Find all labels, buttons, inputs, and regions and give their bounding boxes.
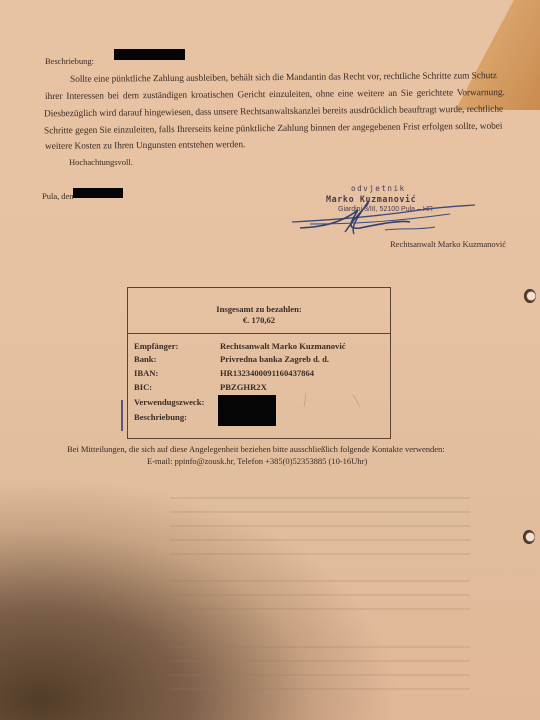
description-label: Beschriebung: [45, 55, 94, 67]
place-date-prefix: Pula, den [42, 190, 74, 202]
bleed-through-text [170, 511, 470, 513]
signatory-name: Rechtsanwalt Marko Kuzmanović [390, 238, 506, 250]
margin-pen-mark [121, 400, 123, 431]
payment-row-label: Empfänger: [134, 341, 178, 351]
total-label: Insgesamt zu bezahlen: [128, 304, 390, 314]
bleed-through-text [170, 553, 470, 555]
paragraph-line: weitere Kosten zu Ihren Ungunsten entste… [45, 139, 245, 153]
payment-row-label: IBAN: [134, 368, 158, 378]
payment-row-value: Rechtsanwalt Marko Kuzmanović [220, 341, 346, 351]
bleed-through-text [170, 688, 470, 690]
bleed-through-text [170, 674, 470, 676]
stamp-title: odvjetnik [351, 184, 406, 193]
payment-row-value: PBZGHR2X [220, 382, 267, 392]
payment-row-label: Bank: [134, 354, 156, 364]
bleed-through-text [170, 525, 470, 527]
redacted-date [73, 188, 123, 198]
faint-pencil-mark [298, 391, 378, 411]
bleed-through-text [170, 660, 470, 662]
punch-hole [524, 289, 536, 303]
payment-row-label: Beschriebung: [134, 412, 187, 422]
bleed-through-text [170, 497, 470, 499]
total-value: €. 170,62 [128, 315, 390, 325]
payment-row-label: BIC: [134, 382, 152, 392]
handwritten-signature [290, 200, 480, 240]
redacted-block [114, 49, 185, 60]
payment-row-label: Verwendugszweck: [134, 397, 204, 407]
bleed-through-text [170, 608, 470, 610]
bleed-through-text [170, 594, 470, 596]
contact-notice: Bei Mitteilungen, die sich auf diese Ang… [67, 443, 445, 455]
bleed-through-text [170, 646, 470, 648]
punch-hole [523, 530, 535, 544]
payment-row-value: HR1323400091160437864 [220, 368, 314, 378]
bleed-through-text [170, 580, 470, 582]
contact-details: E-mail: ppinfo@zousk.hr, Telefon +385(0)… [147, 455, 367, 467]
payment-details-box: Insgesamt zu bezahlen: €. 170,62 Empfäng… [127, 287, 391, 439]
bleed-through-text [170, 539, 470, 541]
payment-row-value: Privredna banka Zagreb d. d. [220, 354, 329, 364]
payment-total-section: Insgesamt zu bezahlen: €. 170,62 [128, 288, 390, 334]
redacted-reference [218, 395, 276, 426]
closing-text: Hochachtungsvoll. [69, 156, 133, 168]
